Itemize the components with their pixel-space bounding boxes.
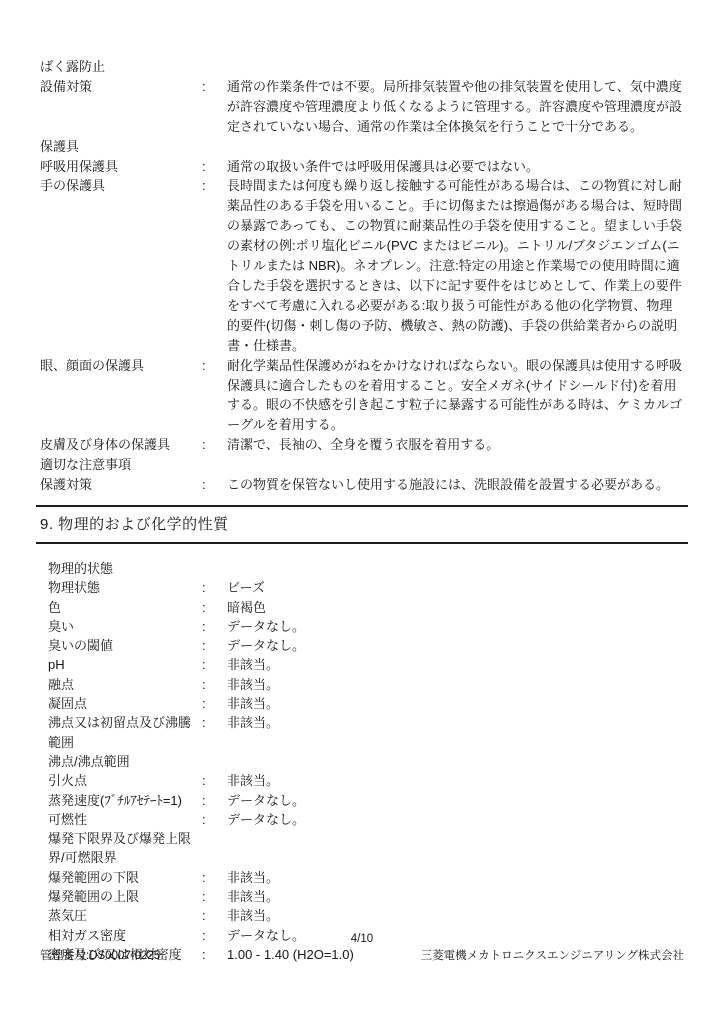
- property-value: 清潔で、長袖の、全身を覆う衣服を着用する。: [227, 435, 684, 455]
- property-row: 呼吸用保護具:通常の取扱い条件では呼吸用保護具は必要ではない。: [40, 157, 684, 177]
- property-value: 非該当。: [227, 675, 684, 694]
- property-label: 物理的状態: [48, 559, 202, 578]
- property-label: pH: [48, 655, 202, 674]
- colon-separator: :: [202, 77, 227, 97]
- property-value: 暗褐色: [227, 598, 684, 617]
- property-row: 物理状態:ビーズ: [48, 578, 684, 597]
- physical-chemical-properties-section: 物理的状態物理状態:ビーズ色:暗褐色臭い:データなし。臭いの閾値:データなし。p…: [48, 559, 684, 964]
- property-label: 蒸気圧: [48, 906, 202, 925]
- property-label: 呼吸用保護具: [40, 157, 202, 177]
- property-row: 保護対策:この物質を保管ないし使用する施設には、洗眼設備を設置する必要がある。: [40, 475, 684, 495]
- property-label: 物理状態: [48, 578, 202, 597]
- colon-separator: :: [202, 791, 227, 810]
- property-row: 設備対策:通常の作業条件では不要。局所排気装置や他の排気装置を使用して、気中濃度…: [40, 77, 684, 137]
- property-label: 色: [48, 598, 202, 617]
- property-row: 凝固点:非該当。: [48, 694, 684, 713]
- property-label: 保護具: [40, 137, 202, 157]
- colon-separator: :: [202, 636, 227, 655]
- property-value: 非該当。: [227, 694, 684, 713]
- property-label: 爆発範囲の下限: [48, 868, 202, 887]
- property-row: 蒸気圧:非該当。: [48, 906, 684, 925]
- colon-separator: :: [202, 435, 227, 455]
- property-row: 融点:非該当。: [48, 675, 684, 694]
- property-row: 臭いの閾値:データなし。: [48, 636, 684, 655]
- colon-separator: :: [202, 655, 227, 674]
- company-name: 三菱電機メカトロニクスエンジニアリング株式会社: [421, 947, 684, 963]
- property-label: 臭いの閾値: [48, 636, 202, 655]
- group-label-row: 物理的状態: [48, 559, 684, 578]
- property-label: 設備対策: [40, 77, 202, 97]
- property-label: 適切な注意事項: [40, 455, 202, 475]
- colon-separator: :: [202, 356, 227, 376]
- property-label: 保護対策: [40, 475, 202, 495]
- colon-separator: :: [202, 617, 227, 636]
- section-9-heading: 9. 物理的および化学的性質: [36, 505, 688, 544]
- property-value: データなし。: [227, 636, 684, 655]
- property-row: 臭い:データなし。: [48, 617, 684, 636]
- colon-separator: :: [202, 771, 227, 790]
- property-label: 手の保護具: [40, 176, 202, 196]
- colon-separator: :: [202, 713, 227, 732]
- property-value: 通常の取扱い条件では呼吸用保護具は必要ではない。: [227, 157, 684, 177]
- property-label: 爆発範囲の上限: [48, 887, 202, 906]
- section-9-title: 9. 物理的および化学的性質: [40, 516, 229, 533]
- property-label: 爆発下限界及び爆発上限界/可燃限界: [48, 829, 202, 868]
- property-value: 耐化学薬品性保護めがねをかけなければならない。眼の保護具は使用する呼吸保護具に適…: [227, 356, 684, 436]
- page-footer: 管理番号:DS0007-0225 三菱電機メカトロニクスエンジニアリング株式会社: [40, 947, 684, 963]
- property-row: 爆発範囲の下限:非該当。: [48, 868, 684, 887]
- colon-separator: :: [202, 675, 227, 694]
- group-label-row: 適切な注意事項: [40, 455, 684, 475]
- property-label: 沸点又は初留点及び沸騰範囲: [48, 713, 202, 752]
- property-value: この物質を保管ないし使用する施設には、洗眼設備を設置する必要がある。: [227, 475, 684, 495]
- property-row: 爆発範囲の上限:非該当。: [48, 887, 684, 906]
- property-row: 引火点:非該当。: [48, 771, 684, 790]
- group-label-row: 沸点/沸点範囲: [48, 752, 684, 771]
- property-value: データなし。: [227, 810, 684, 829]
- colon-separator: :: [202, 475, 227, 495]
- document-control-number: 管理番号:DS0007-0225: [40, 947, 160, 963]
- property-row: 沸点又は初留点及び沸騰範囲:非該当。: [48, 713, 684, 752]
- page-number: 4/10: [0, 933, 724, 945]
- property-row: 眼、顔面の保護具:耐化学薬品性保護めがねをかけなければならない。眼の保護具は使用…: [40, 356, 684, 436]
- property-value: 非該当。: [227, 887, 684, 906]
- property-value: ビーズ: [227, 578, 684, 597]
- property-label: 沸点/沸点範囲: [48, 752, 202, 771]
- property-label: 眼、顔面の保護具: [40, 356, 202, 376]
- colon-separator: :: [202, 578, 227, 597]
- property-value: 非該当。: [227, 655, 684, 674]
- property-row: 蒸発速度(ﾌﾞﾁﾙｱｾﾃｰﾄ=1):データなし。: [48, 791, 684, 810]
- property-row: 皮膚及び身体の保護具:清潔で、長袖の、全身を覆う衣服を着用する。: [40, 435, 684, 455]
- group-label-row: 保護具: [40, 137, 684, 157]
- colon-separator: :: [202, 887, 227, 906]
- property-value: 通常の作業条件では不要。局所排気装置や他の排気装置を使用して、気中濃度が許容濃度…: [227, 77, 684, 137]
- group-label-row: ばく露防止: [40, 57, 684, 77]
- colon-separator: :: [202, 157, 227, 177]
- property-value: 非該当。: [227, 906, 684, 925]
- colon-separator: :: [202, 176, 227, 196]
- sds-document-page: ばく露防止設備対策:通常の作業条件では不要。局所排気装置や他の排気装置を使用して…: [0, 0, 724, 1024]
- property-label: 皮膚及び身体の保護具: [40, 435, 202, 455]
- group-label-row: 爆発下限界及び爆発上限界/可燃限界: [48, 829, 684, 868]
- property-label: 融点: [48, 675, 202, 694]
- colon-separator: :: [202, 868, 227, 887]
- colon-separator: :: [202, 598, 227, 617]
- colon-separator: :: [202, 694, 227, 713]
- property-value: 非該当。: [227, 713, 684, 732]
- property-row: 可燃性:データなし。: [48, 810, 684, 829]
- property-label: 臭い: [48, 617, 202, 636]
- exposure-prevention-section: ばく露防止設備対策:通常の作業条件では不要。局所排気装置や他の排気装置を使用して…: [40, 57, 684, 495]
- property-value: 非該当。: [227, 868, 684, 887]
- property-label: ばく露防止: [40, 57, 202, 77]
- property-value: データなし。: [227, 617, 684, 636]
- colon-separator: :: [202, 906, 227, 925]
- property-label: 可燃性: [48, 810, 202, 829]
- property-value: 非該当。: [227, 771, 684, 790]
- property-label: 引火点: [48, 771, 202, 790]
- property-row: 色:暗褐色: [48, 598, 684, 617]
- colon-separator: :: [202, 810, 227, 829]
- property-label: 凝固点: [48, 694, 202, 713]
- property-row: 手の保護具:長時間または何度も繰り返し接触する可能性がある場合は、この物質に対し…: [40, 176, 684, 355]
- property-label: 蒸発速度(ﾌﾞﾁﾙｱｾﾃｰﾄ=1): [48, 791, 202, 810]
- property-value: データなし。: [227, 791, 684, 810]
- property-row: pH:非該当。: [48, 655, 684, 674]
- property-value: 長時間または何度も繰り返し接触する可能性がある場合は、この物質に対し耐薬品性のあ…: [227, 176, 684, 355]
